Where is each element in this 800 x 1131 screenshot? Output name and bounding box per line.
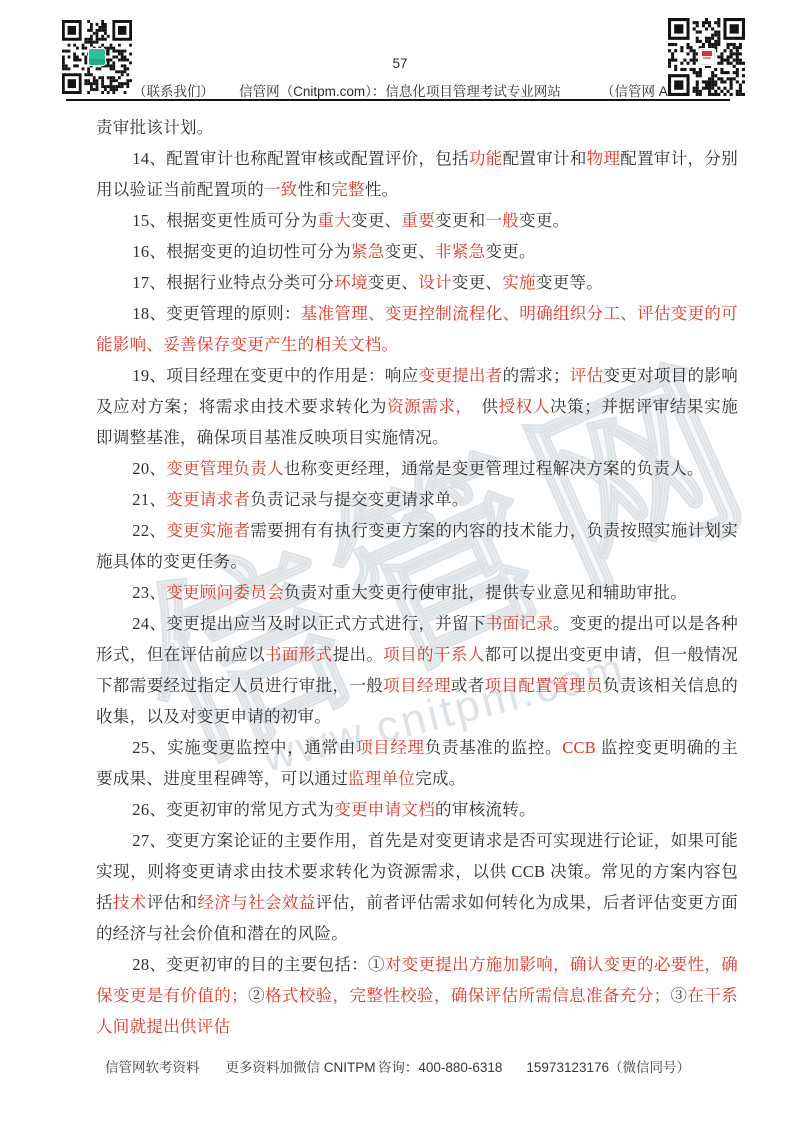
highlighted-text: 变更管理负责人 — [166, 459, 284, 478]
highlighted-text: 物理 — [587, 149, 621, 168]
highlighted-text: 变更顾问委员会 — [166, 583, 284, 602]
body-text: 23、 — [132, 583, 166, 602]
paragraph: 22、变更实施者需要拥有有执行变更方案的内容的技术能力，负责按照实施计划实施具体… — [96, 515, 738, 577]
highlighted-text: 格式校验，完整性校验，确保评估所需信息准备充分； — [265, 986, 670, 1005]
paragraph: 20、变更管理负责人也称变更经理，通常是变更管理过程解决方案的负责人。 — [96, 453, 738, 484]
body-text: 或者 — [451, 676, 485, 695]
body-text: 变更、 — [351, 211, 401, 230]
highlighted-text: 紧急 — [351, 242, 385, 261]
body-text: 供 — [464, 397, 498, 416]
body-text: 变更和 — [435, 211, 485, 230]
highlighted-text: 书面形式 — [265, 645, 333, 664]
app-qr-label: （信管网 AP — [601, 80, 668, 100]
body-text: 变更。 — [485, 242, 535, 261]
body-text: 14、配置审计也称配置审核或配置评价，包括 — [132, 149, 469, 168]
paragraph: 责审批该计划。 — [96, 112, 738, 143]
body-text: 26、变更初审的常见方式为 — [132, 800, 334, 819]
paragraph: 27、变更方案论证的主要作用，首先是对变更请求是否可实现进行论证，如果可能实现，… — [96, 825, 738, 949]
paragraph: 23、变更顾问委员会负责对重大变更行使审批，提供专业意见和辅助审批。 — [96, 577, 738, 608]
paragraph: 18、变更管理的原则：基准管理、变更控制流程化、明确组织分工、评估变更的可能影响… — [96, 298, 738, 360]
body-text: 19、项目经理在变更中的作用是：响应 — [132, 366, 418, 385]
highlighted-text: 项目配置管理员 — [485, 676, 603, 695]
body-text: ③ — [670, 986, 687, 1005]
highlighted-text: 重大 — [317, 211, 351, 230]
footer-wechat-note: 更多资料加微信 CNITPM — [226, 1056, 376, 1076]
highlighted-text: 监理单位 — [348, 769, 415, 788]
body-text: 性和 — [298, 180, 332, 199]
highlighted-text: 重要 — [401, 211, 435, 230]
footer-consult-phone: 咨询：400-880-6318 — [378, 1056, 503, 1076]
footer-mobile-phone: 15973123176（微信同号） — [526, 1056, 690, 1076]
paragraph: 28、变更初审的目的主要包括：①对变更提出方施加影响，确认变更的必要性，确保变更… — [96, 949, 738, 1042]
paragraph: 24、变更提出应当及时以正式方式进行，并留下书面记录。变更的提出可以是各种形式，… — [96, 608, 738, 732]
body-text: 15、根据变更性质可分为 — [132, 211, 317, 230]
highlighted-text: 一般 — [485, 211, 519, 230]
highlighted-text: 变更提出者 — [418, 366, 502, 385]
highlighted-text: 完整 — [331, 180, 365, 199]
paragraph: 19、项目经理在变更中的作用是：响应变更提出者的需求；评估变更对项目的影响及应对… — [96, 360, 738, 453]
page-footer: 信管网软考资料 更多资料加微信 CNITPM 咨询：400-880-6318 1… — [0, 1056, 800, 1076]
highlighted-text: 功能 — [469, 149, 503, 168]
highlighted-text: 技术 — [113, 893, 147, 912]
highlighted-text: 授权人 — [499, 397, 550, 416]
body-text: 16、根据变更的迫切性可分为 — [132, 242, 351, 261]
highlighted-text: 变更请求者 — [166, 490, 250, 509]
paragraph: 25、实施变更监控中，通常由项目经理负责基准的监控。CCB 监控变更明确的主要成… — [96, 732, 738, 794]
body-text: 负责对重大变更行使审批，提供专业意见和辅助审批。 — [284, 583, 687, 602]
paragraph: 14、配置审计也称配置审核或配置评价，包括功能配置审计和物理配置审计，分别用以验… — [96, 143, 738, 205]
body-text: 责审批该计划。 — [96, 118, 214, 137]
highlighted-text: 项目经理 — [383, 676, 451, 695]
highlighted-text: 变更申请文档 — [334, 800, 435, 819]
body-text: 28、变更初审的目的主要包括：① — [132, 955, 385, 974]
highlighted-text: 项目的干系人 — [383, 645, 484, 664]
body-text: 25、实施变更监控中，通常由 — [132, 738, 356, 757]
body-text: 20、 — [132, 459, 166, 478]
body-text: 提出。 — [333, 645, 384, 664]
body-text: 性。 — [365, 180, 399, 199]
body-text: 变更。 — [519, 211, 569, 230]
page-number: 57 — [0, 56, 800, 71]
paragraph: 15、根据变更性质可分为重大变更、重要变更和一般变更。 — [96, 205, 738, 236]
footer-brand: 信管网软考资料 — [105, 1056, 200, 1076]
highlighted-text: CCB — [562, 738, 596, 757]
body-text: 配置审计和 — [503, 149, 587, 168]
header-divider — [66, 99, 730, 101]
highlighted-text: 评估 — [570, 366, 604, 385]
body-text: 变更、 — [385, 242, 435, 261]
highlighted-text: 一致 — [264, 180, 298, 199]
body-text: 21、 — [132, 490, 166, 509]
highlighted-text: 变更实施者 — [166, 521, 250, 540]
body-text: 变更等。 — [536, 273, 603, 292]
site-title: 信管网（Cnitpm.com）：信息化项目管理考试专业网站 — [0, 80, 800, 100]
highlighted-text: 书面记录 — [486, 614, 553, 633]
body-text: 22、 — [132, 521, 166, 540]
body-text: 24、变更提出应当及时以正式方式进行，并留下 — [132, 614, 485, 633]
highlighted-text: 设计 — [418, 273, 452, 292]
highlighted-text: 非紧急 — [435, 242, 485, 261]
body-text: 的审核流转。 — [435, 800, 536, 819]
body-text: 完成。 — [415, 769, 465, 788]
paragraph: 16、根据变更的迫切性可分为紧急变更、非紧急变更。 — [96, 236, 738, 267]
body-text: 变更、 — [452, 273, 502, 292]
document-page: 信管网 www.cnitpm.com 57 （联系我们） 信管网（Cnitpm.… — [0, 0, 800, 1131]
body-text: 也称变更经理，通常是变更管理过程解决方案的负责人。 — [284, 459, 704, 478]
paragraph: 26、变更初审的常见方式为变更申请文档的审核流转。 — [96, 794, 738, 825]
body-text: 变更、 — [368, 273, 418, 292]
paragraph: 17、根据行业特点分类可分环境变更、设计变更、实施变更等。 — [96, 267, 738, 298]
highlighted-text: 实施 — [502, 273, 536, 292]
body-text: 负责记录与提交变更请求单。 — [250, 490, 468, 509]
body-text: 17、根据行业特点分类可分 — [132, 273, 334, 292]
body-text: 评估和 — [147, 893, 198, 912]
highlighted-text: 环境 — [334, 273, 368, 292]
body-text: 18、变更管理的原则： — [132, 304, 300, 323]
highlighted-text: 资源需求， — [387, 397, 464, 416]
body-text: 的需求； — [503, 366, 570, 385]
paragraph: 21、变更请求者负责记录与提交变更请求单。 — [96, 484, 738, 515]
highlighted-text: 经济与社会效益 — [197, 893, 315, 912]
body-text: ② — [248, 986, 265, 1005]
document-body: 责审批该计划。14、配置审计也称配置审核或配置评价，包括功能配置审计和物理配置审… — [96, 112, 738, 1042]
highlighted-text: 项目经理 — [356, 738, 425, 757]
body-text: 负责基准的监控。 — [425, 738, 562, 757]
